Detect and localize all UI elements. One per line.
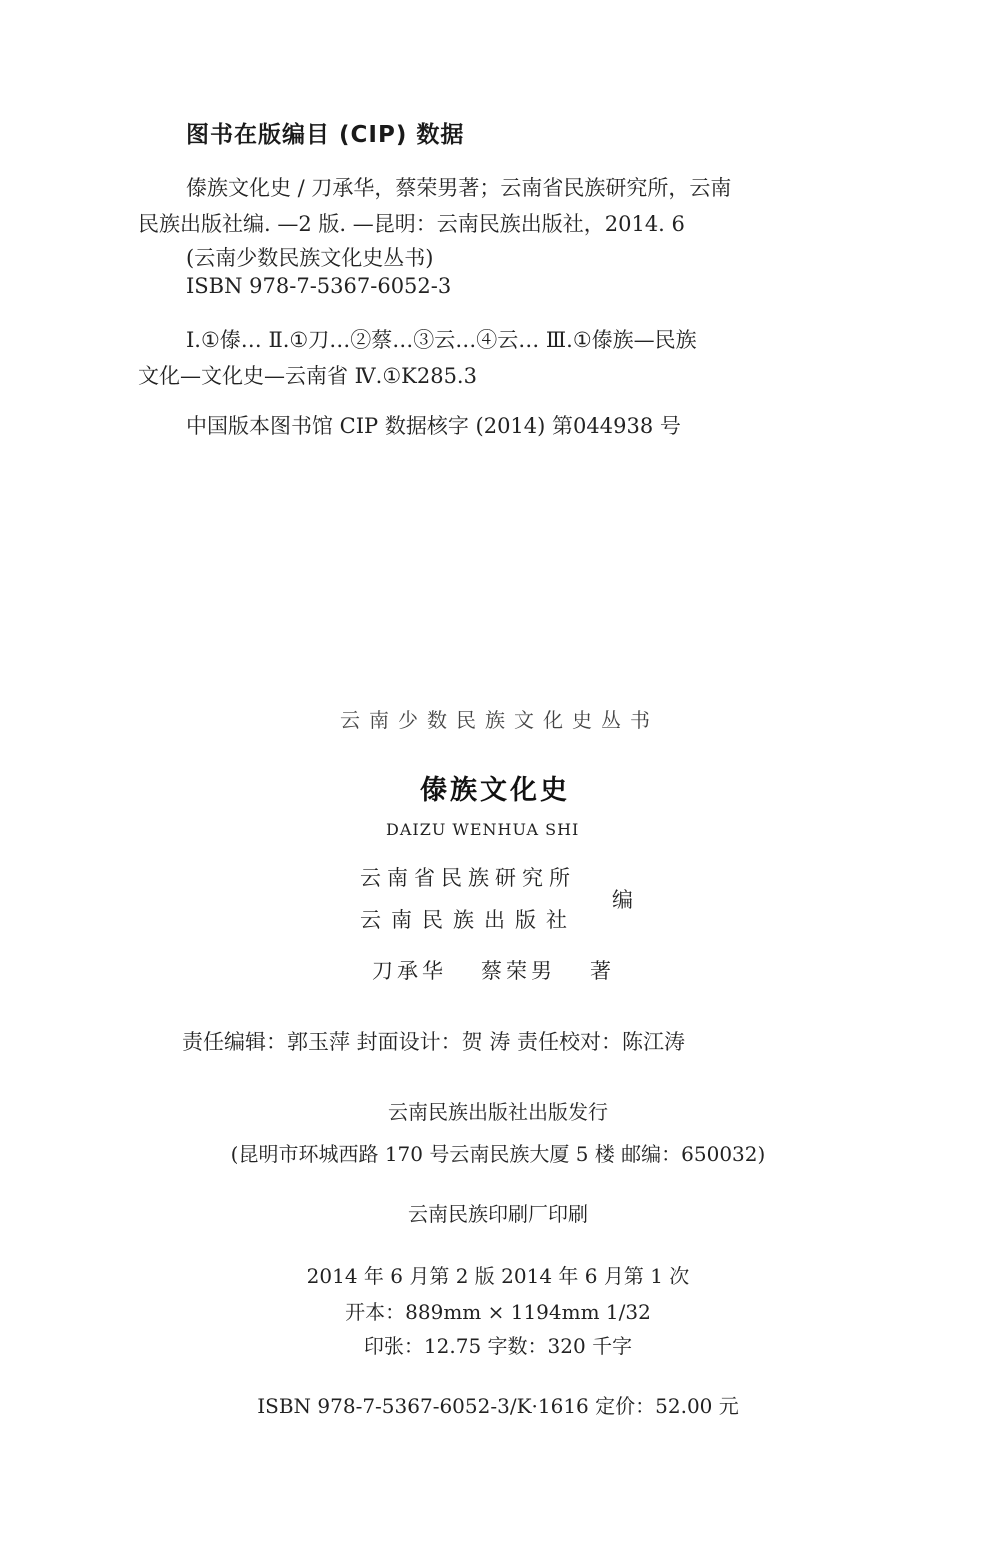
series-name: 云南少数民族文化史丛书 (340, 704, 659, 733)
format: 开本：889mm × 1194mm 1/32 (0, 1296, 996, 1325)
credits: 责任编辑：郭玉萍 封面设计：贺 涛 责任校对：陈江涛 (182, 1026, 685, 1056)
book-title-pinyin: DAIZU WENHUA SHI (386, 820, 579, 839)
sheets-wordcount: 印张：12.75 字数：320 千字 (0, 1330, 996, 1359)
author-1: 刀承华 (372, 959, 447, 983)
cip-classification-2: 文化—文化史—云南省 Ⅳ.①K285.3 (138, 360, 477, 390)
printer: 云南民族印刷厂印刷 (0, 1198, 996, 1227)
cip-line-2: 民族出版社编. —2 版. —昆明：云南民族出版社，2014. 6 (138, 208, 685, 238)
cip-record-number: 中国版本图书馆 CIP 数据核字 (2014) 第044938 号 (186, 410, 681, 440)
cip-classification-1: Ⅰ.①傣… Ⅱ.①刀…②蔡…③云…④云… Ⅲ.①傣族—民族 (186, 324, 697, 354)
cip-series-line: (云南少数民族文化史丛书) (186, 242, 433, 272)
cip-isbn-line: ISBN 978-7-5367-6052-3 (186, 274, 451, 298)
author-2: 蔡荣男 (481, 959, 556, 983)
edition: 2014 年 6 月第 2 版 2014 年 6 月第 1 次 (0, 1260, 996, 1289)
publisher-line: 云南民族出版社出版发行 (0, 1096, 996, 1125)
publisher-address: (昆明市环城西路 170 号云南民族大厦 5 楼 邮编：650032) (0, 1138, 996, 1167)
editor-role: 编 (612, 884, 633, 914)
editor-org-1: 云南省民族研究所 (360, 862, 576, 892)
editor-org-2: 云南民族出版社 (360, 904, 577, 934)
cip-line-1: 傣族文化史 / 刀承华，蔡荣男著；云南省民族研究所，云南 (186, 172, 731, 202)
cip-heading: 图书在版编目 (CIP) 数据 (186, 116, 464, 149)
author-role: 著 (590, 959, 615, 983)
authors: 刀承华蔡荣男著 (372, 955, 615, 985)
book-title: 傣族文化史 (420, 768, 570, 807)
isbn-price: ISBN 978-7-5367-6052-3/K·1616 定价：52.00 元 (0, 1390, 996, 1419)
